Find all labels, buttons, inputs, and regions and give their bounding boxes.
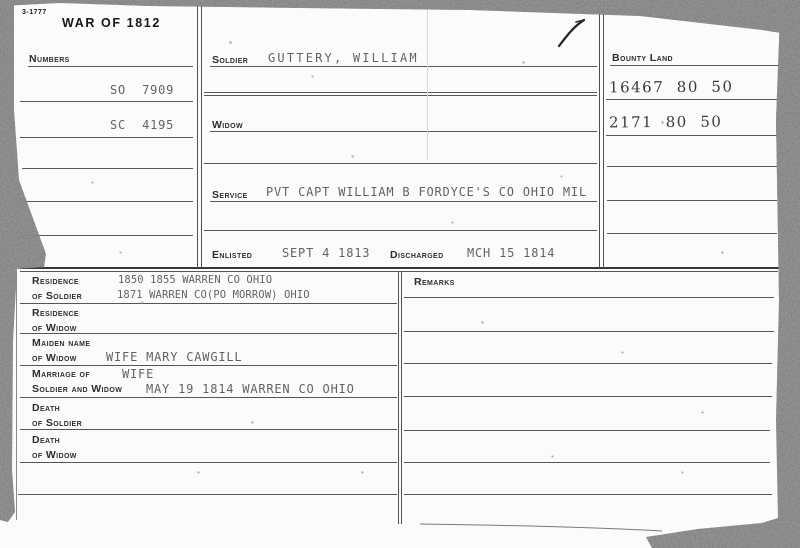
rule-line bbox=[22, 201, 193, 202]
scan-speckles bbox=[0, 0, 1, 1]
column-divider-line bbox=[599, 10, 600, 268]
soldier-label: Soldier bbox=[212, 55, 248, 66]
rule-line bbox=[20, 462, 397, 463]
residence-widow-label-1: Residence bbox=[32, 308, 79, 319]
residence-soldier-value-1: 1850 1855 WARREN CO OHIO bbox=[118, 275, 272, 286]
pen-stroke-mark bbox=[554, 14, 594, 54]
numbers-label: Numbers bbox=[29, 54, 70, 65]
rule-line bbox=[610, 65, 778, 66]
residence-soldier-value-2: 1871 WARREN CO(PO MORROW) OHIO bbox=[117, 290, 310, 301]
maiden-name-value: WIFE MARY CAWGILL bbox=[106, 351, 242, 363]
rule-line bbox=[210, 66, 597, 67]
section-boundary-line bbox=[20, 271, 778, 272]
marriage-value-2: MAY 19 1814 WARREN CO OHIO bbox=[146, 383, 355, 395]
rule-line bbox=[20, 303, 397, 304]
scanned-record-card: 3-1777 WAR OF 1812 Numbers SO 7909 SC 41… bbox=[0, 0, 800, 548]
rule-line bbox=[18, 494, 397, 495]
section-boundary-line bbox=[20, 267, 780, 269]
remarks-label: Remarks bbox=[414, 277, 455, 288]
rule-line bbox=[210, 201, 597, 202]
rule-line bbox=[607, 200, 777, 201]
column-divider-line bbox=[401, 272, 402, 524]
rule-line bbox=[20, 429, 397, 430]
death-widow-label-2: of Widow bbox=[32, 450, 77, 461]
card-crease-line bbox=[427, 8, 428, 160]
rule-line bbox=[607, 166, 777, 167]
rule-line bbox=[606, 99, 778, 100]
marriage-label-1: Marriage of bbox=[32, 369, 90, 380]
enlisted-date: SEPT 4 1813 bbox=[282, 247, 370, 259]
rule-line bbox=[22, 235, 193, 236]
rule-line bbox=[404, 430, 770, 431]
widow-label: Widow bbox=[212, 120, 243, 131]
rule-line bbox=[404, 297, 774, 298]
rule-line bbox=[210, 131, 597, 132]
bounty-land-value-1: 16467 80 50 bbox=[609, 80, 734, 96]
bounty-land-label: Bounty Land bbox=[612, 53, 673, 64]
service-label: Service bbox=[212, 190, 248, 201]
residence-widow-label-2: of Widow bbox=[32, 323, 77, 334]
rule-line bbox=[404, 462, 770, 463]
bounty-land-value-2: 2171 80 50 bbox=[609, 115, 723, 131]
soldier-name: GUTTERY, WILLIAM bbox=[268, 52, 419, 64]
rule-line bbox=[607, 233, 777, 234]
form-number: 3-1777 bbox=[22, 9, 47, 16]
column-divider-line bbox=[603, 10, 604, 268]
discharged-label: Discharged bbox=[390, 250, 444, 261]
service-value: PVT CAPT WILLIAM B FORDYCE'S CO OHIO MIL bbox=[266, 186, 587, 198]
rule-line bbox=[204, 95, 597, 96]
rule-line bbox=[404, 396, 772, 397]
rule-line bbox=[204, 230, 597, 231]
rule-line bbox=[404, 363, 772, 364]
numbers-value-so: SO 7909 bbox=[110, 84, 174, 96]
rule-line bbox=[20, 137, 193, 138]
card-edge-line bbox=[16, 272, 17, 520]
maiden-name-label-1: Maiden name bbox=[32, 338, 90, 349]
marriage-value-1: WIFE bbox=[122, 368, 154, 380]
rule-line bbox=[606, 135, 778, 136]
residence-soldier-label-1: Residence bbox=[32, 276, 79, 287]
rule-line bbox=[20, 397, 397, 398]
card-title: WAR OF 1812 bbox=[62, 16, 161, 30]
column-divider-line bbox=[197, 4, 198, 268]
numbers-value-sc: SC 4195 bbox=[110, 119, 174, 131]
column-divider-line bbox=[398, 272, 399, 524]
discharged-date: MCH 15 1814 bbox=[467, 247, 555, 259]
residence-soldier-label-2: of Soldier bbox=[32, 291, 82, 302]
rule-line bbox=[404, 331, 774, 332]
death-widow-label-1: Death bbox=[32, 435, 60, 446]
rule-line bbox=[20, 101, 193, 102]
enlisted-label: Enlisted bbox=[212, 250, 252, 261]
rule-line bbox=[22, 168, 193, 169]
rule-line bbox=[404, 494, 772, 495]
rule-line bbox=[204, 92, 597, 93]
rule-line bbox=[20, 365, 397, 366]
death-soldier-label-2: of Soldier bbox=[32, 418, 82, 429]
column-divider-line bbox=[201, 4, 202, 268]
marriage-label-2: Soldier and Widow bbox=[32, 384, 122, 395]
maiden-name-label-2: of Widow bbox=[32, 353, 77, 364]
rule-line bbox=[28, 66, 193, 67]
rule-line bbox=[204, 163, 597, 164]
death-soldier-label-1: Death bbox=[32, 403, 60, 414]
